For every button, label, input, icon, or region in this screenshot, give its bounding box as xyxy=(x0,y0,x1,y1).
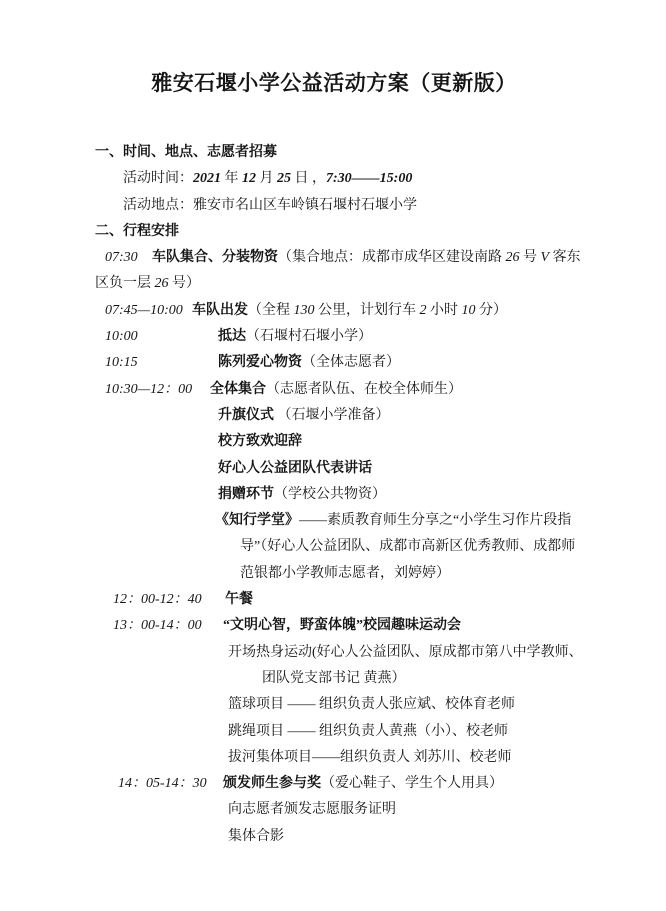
paragraph: 集体合影 xyxy=(228,824,596,850)
text-segment: 26 xyxy=(155,276,169,291)
text-segment: 校方致欢迎辞 xyxy=(218,434,302,449)
document-body: 一、时间、地点、志愿者招募活动时间：2021 年 12 月 25 日 ，7:30… xyxy=(95,140,596,850)
text-segment: 陈列爱心物资 xyxy=(218,355,302,370)
text-segment: 年 xyxy=(221,171,242,186)
text-segment: 26 xyxy=(506,250,520,265)
text-segment: 客东 xyxy=(549,250,581,265)
text-segment: 10:00 xyxy=(105,324,218,350)
text-segment: 10:30—12：00 xyxy=(105,377,210,403)
paragraph: 导”（好心人公益团队、成都市高新区优秀教师、成都师 xyxy=(240,534,596,560)
paragraph: 一、时间、地点、志愿者招募 xyxy=(95,140,596,166)
paragraph: 二、行程安排 xyxy=(95,219,596,245)
text-segment: （全体志愿者） xyxy=(302,355,400,370)
text-segment: 集体合影 xyxy=(228,829,284,844)
text-segment: （石堰村石堰小学） xyxy=(246,329,372,344)
text-segment: （全程 xyxy=(248,303,294,318)
paragraph: 升旗仪式 （石堰小学准备） xyxy=(218,403,596,429)
paragraph: 10:00抵达（石堰村石堰小学） xyxy=(105,324,596,350)
paragraph: 开场热身运动(好心人公益团队、原成都市第八中学教师、 xyxy=(228,640,596,666)
text-segment: 篮球项目 —— 组织负责人张应斌、校体育老师 xyxy=(228,697,515,712)
paragraph: 跳绳项目 —— 组织负责人黄燕（小）、校老师 xyxy=(228,719,596,745)
paragraph: 14：05-14：30颁发师生参与奖（爱心鞋子、学生个人用具） xyxy=(118,771,596,797)
paragraph: 捐赠环节（学校公共物资） xyxy=(218,482,596,508)
text-segment: 7:30——15:00 xyxy=(326,171,412,186)
text-segment: 25 xyxy=(277,171,291,186)
text-segment: 一、时间、地点、志愿者招募 xyxy=(95,145,277,160)
text-segment: 二、行程安排 xyxy=(95,224,179,239)
text-segment: 升旗仪式 xyxy=(218,408,274,423)
text-segment: （集合地点：成都市成华区建设南路 xyxy=(278,250,506,265)
text-segment: 130 xyxy=(294,303,315,318)
text-segment: 活动地点：雅安市名山区车岭镇石堰村石堰小学 xyxy=(123,198,417,213)
text-segment: 14：05-14：30 xyxy=(118,771,223,797)
text-segment: 07:30 xyxy=(105,245,152,271)
text-segment: 分） xyxy=(476,303,508,318)
text-segment: 12 xyxy=(242,171,256,186)
text-segment: 公里，计划行车 xyxy=(315,303,420,318)
text-segment: （爱心鞋子、学生个人用具） xyxy=(321,776,503,791)
text-segment: 向志愿者颁发志愿服务证明 xyxy=(228,802,396,817)
text-segment: 午餐 xyxy=(225,592,253,607)
document-title: 雅安石堰小学公益活动方案（更新版） xyxy=(72,66,596,100)
paragraph: 10:30—12：00全体集合（志愿者队伍、在校全体师生） xyxy=(105,377,596,403)
text-segment: 抵达 xyxy=(218,329,246,344)
text-segment: 《知行学堂》 xyxy=(215,513,299,528)
text-segment: ——素质教育师生分享之“小学生习作片段指 xyxy=(299,513,571,528)
text-segment: 13：00-14：00 xyxy=(113,613,223,639)
text-segment: 好心人公益团队代表讲话 xyxy=(218,461,372,476)
text-segment: 跳绳项目 —— 组织负责人黄燕（小）、校老师 xyxy=(228,724,508,739)
text-segment: 月 xyxy=(256,171,277,186)
paragraph: 校方致欢迎辞 xyxy=(218,429,596,455)
text-segment: 拔河集体项目——组织负责人 刘苏川、校老师 xyxy=(228,750,512,765)
text-segment: 车队出发 xyxy=(192,303,248,318)
text-segment: 2 xyxy=(420,303,427,318)
paragraph: 向志愿者颁发志愿服务证明 xyxy=(228,797,596,823)
paragraph: 13：00-14：00“文明心智，野蛮体魄”校园趣味运动会 xyxy=(113,613,596,639)
paragraph: 10:15陈列爱心物资（全体志愿者） xyxy=(105,350,596,376)
text-segment: 07:45—10:00 xyxy=(105,298,192,324)
text-segment: 号） xyxy=(169,276,201,291)
text-segment: 号 xyxy=(520,250,541,265)
text-segment: 车队集合、分装物资 xyxy=(152,250,278,265)
text-segment: （志愿者队伍、在校全体师生） xyxy=(266,382,462,397)
paragraph: 篮球项目 —— 组织负责人张应斌、校体育老师 xyxy=(228,692,596,718)
paragraph: 好心人公益团队代表讲话 xyxy=(218,456,596,482)
text-segment: 小时 xyxy=(427,303,462,318)
text-segment: 捐赠环节 xyxy=(218,487,274,502)
paragraph: 活动地点：雅安市名山区车岭镇石堰村石堰小学 xyxy=(123,193,596,219)
text-segment: 团队党支部书记 黄燕） xyxy=(262,671,406,686)
text-segment: 全体集合 xyxy=(210,382,266,397)
text-segment: 区负一层 xyxy=(95,276,155,291)
text-segment: 颁发师生参与奖 xyxy=(223,776,321,791)
text-segment: 活动时间： xyxy=(123,171,193,186)
paragraph: 活动时间：2021 年 12 月 25 日 ，7:30——15:00 xyxy=(123,166,596,192)
document-page: 雅安石堰小学公益活动方案（更新版） 一、时间、地点、志愿者招募活动时间：2021… xyxy=(0,0,666,911)
paragraph: 12：00-12：40午餐 xyxy=(113,587,596,613)
text-segment: 10:15 xyxy=(105,350,218,376)
text-segment: 日 ， xyxy=(291,171,326,186)
paragraph: 拔河集体项目——组织负责人 刘苏川、校老师 xyxy=(228,745,596,771)
text-segment: 范银都小学教师志愿者，刘婷婷） xyxy=(240,566,450,581)
paragraph: 07:30车队集合、分装物资（集合地点：成都市成华区建设南路 26 号 V 客东 xyxy=(105,245,596,271)
paragraph: 07:45—10:00车队出发（全程 130 公里，计划行车 2 小时 10 分… xyxy=(105,298,596,324)
text-segment: （石堰小学准备） xyxy=(274,408,390,423)
text-segment: 12：00-12：40 xyxy=(113,587,225,613)
text-segment: （学校公共物资） xyxy=(274,487,386,502)
text-segment: 开场热身运动(好心人公益团队、原成都市第八中学教师、 xyxy=(228,645,583,660)
text-segment: V xyxy=(541,250,550,265)
paragraph: 《知行学堂》——素质教育师生分享之“小学生习作片段指 xyxy=(215,508,596,534)
paragraph: 团队党支部书记 黄燕） xyxy=(262,666,596,692)
paragraph: 范银都小学教师志愿者，刘婷婷） xyxy=(240,561,596,587)
text-segment: 2021 xyxy=(193,171,221,186)
text-segment: “文明心智，野蛮体魄”校园趣味运动会 xyxy=(223,618,461,633)
text-segment: 10 xyxy=(462,303,476,318)
paragraph: 区负一层 26 号） xyxy=(95,271,596,297)
text-segment: 导”（好心人公益团队、成都市高新区优秀教师、成都师 xyxy=(240,539,575,554)
